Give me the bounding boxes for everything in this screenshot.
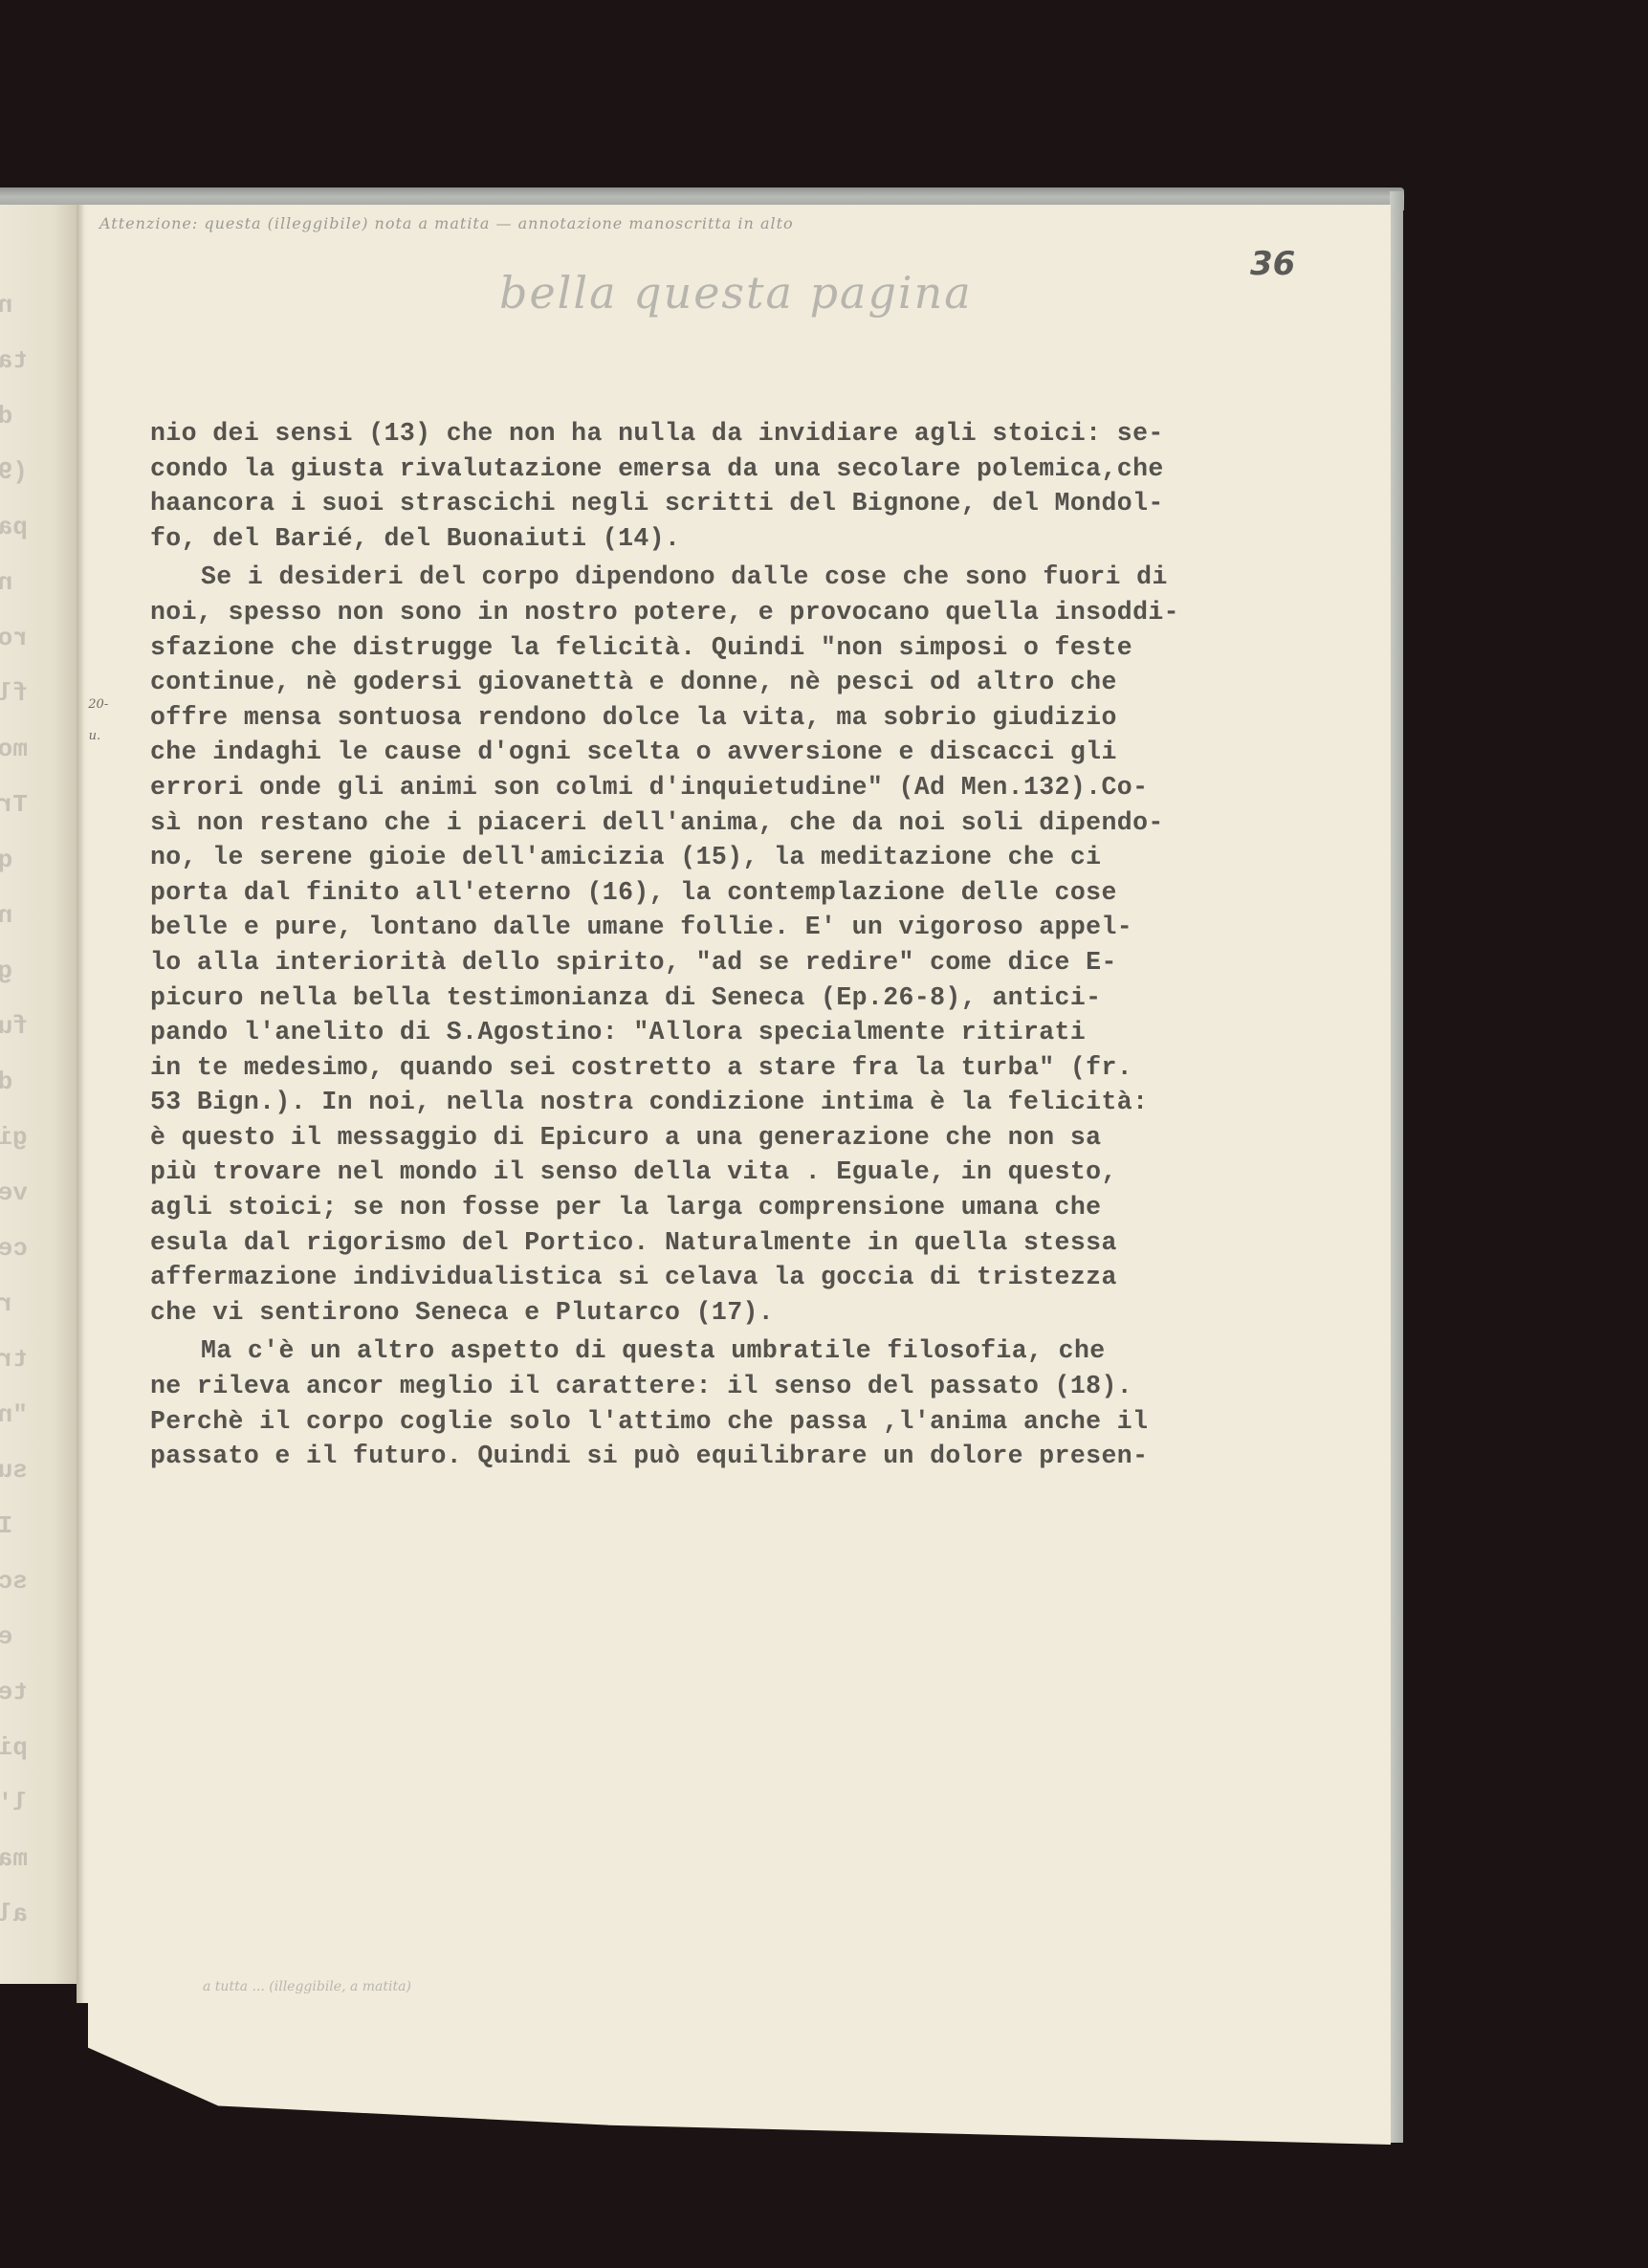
- typed-line: più trovare nel mondo il senso della vit…: [150, 1155, 1413, 1190]
- typed-line: esula dal rigorismo del Portico. Natural…: [150, 1225, 1413, 1261]
- typed-line: noi, spesso non sono in nostro potere, e…: [150, 595, 1413, 630]
- typed-line: lo alla interiorità dello spirito, "ad s…: [150, 945, 1413, 980]
- bleed-through-text: (9): [0, 457, 69, 486]
- typed-line: è questo il messaggio di Epicuro a una g…: [150, 1120, 1413, 1156]
- bleed-through-text: "no: [0, 1400, 69, 1429]
- typed-line: errori onde gli animi son colmi d'inquie…: [150, 770, 1413, 805]
- bleed-through-text: cen: [0, 1234, 69, 1263]
- typed-line: ne rileva ancor meglio il carattere: il …: [150, 1369, 1413, 1404]
- typed-line: nio dei sensi (13) che non ha nulla da i…: [150, 416, 1413, 451]
- typed-line: picuro nella bella testimonianza di Sene…: [150, 980, 1413, 1016]
- bleed-through-text: pio: [0, 1733, 69, 1762]
- typed-line: pando l'anelito di S.Agostino: "Allora s…: [150, 1015, 1413, 1050]
- typed-line: 53 Bign.). In noi, nella nostra condizio…: [150, 1085, 1413, 1120]
- binding-spine: [77, 205, 90, 2003]
- typed-line: che vi sentirono Seneca e Plutarco (17).: [150, 1295, 1413, 1331]
- bleed-through-text: tav: [0, 346, 69, 375]
- bleed-through-text: no: [0, 568, 69, 597]
- bleed-through-text: Tri: [0, 790, 69, 819]
- bleed-through-text: giu: [0, 1123, 69, 1152]
- typed-line: Se i desideri del corpo dipendono dalle …: [150, 560, 1413, 595]
- typed-line: condo la giusta rivalutazione emersa da …: [150, 451, 1413, 487]
- page-right-edge: [1390, 191, 1403, 2143]
- bleed-through-text: rol: [0, 624, 69, 652]
- typed-line: belle e pure, lontano dalle umane follie…: [150, 910, 1413, 945]
- typed-line: continue, nè godersi giovanettà e donne,…: [150, 665, 1413, 700]
- typed-line: passato e il futuro. Quindi si può equil…: [150, 1439, 1413, 1474]
- typed-line: sfazione che distrugge la felicità. Quin…: [150, 630, 1413, 666]
- bleed-through-text: pas: [0, 513, 69, 541]
- bleed-through-text: tri: [0, 1345, 69, 1374]
- bleed-through-text: ten: [0, 1678, 69, 1707]
- bleed-through-text: qu: [0, 846, 69, 874]
- bleed-through-text: In: [0, 1511, 69, 1540]
- typed-line: che indaghi le cause d'ogni scelta o avv…: [150, 735, 1413, 770]
- typewritten-page: Attenzione: questa (illeggibile) nota a …: [88, 205, 1391, 2145]
- typed-line: sì non restano che i piaceri dell'anima,…: [150, 805, 1413, 841]
- bleed-through-text: mal: [0, 1844, 69, 1873]
- typed-line: fo, del Barié, del Buonaiuti (14).: [150, 521, 1413, 557]
- bleed-through-text: ro: [0, 1289, 69, 1318]
- bleed-through-text: no: [0, 901, 69, 930]
- typed-line: Ma c'è un altro aspetto di questa umbrat…: [150, 1333, 1413, 1369]
- bleed-through-text: no: [0, 291, 69, 319]
- typed-text-body: nio dei sensi (13) che non ha nulla da i…: [150, 416, 1413, 1474]
- bleed-through-text: sci: [0, 1567, 69, 1596]
- handwritten-comment: bella questa pagina: [499, 267, 973, 319]
- bleed-through-text: mod: [0, 735, 69, 763]
- bleed-through-text: ful: [0, 1012, 69, 1041]
- handwritten-bottom-note: a tutta ... (illeggibile, a matita): [203, 1979, 411, 1994]
- typed-line: Perchè il corpo coglie solo l'attimo che…: [150, 1404, 1413, 1440]
- typed-line: no, le serene gioie dell'amicizia (15), …: [150, 840, 1413, 875]
- bleed-through-text: gu: [0, 957, 69, 985]
- typed-line: offre mensa sontuosa rendono dolce la vi…: [150, 700, 1413, 736]
- typed-line: haancora i suoi strascichi negli scritti…: [150, 486, 1413, 521]
- bleed-through-text: flo: [0, 679, 69, 708]
- bleed-through-text: sum: [0, 1456, 69, 1485]
- bleed-through-text: er: [0, 1622, 69, 1651]
- bleed-through-text: vev: [0, 1178, 69, 1207]
- typed-line: porta dal finito all'eterno (16), la con…: [150, 875, 1413, 911]
- bleed-through-text: di: [0, 402, 69, 430]
- typed-line: affermazione individualistica si celava …: [150, 1260, 1413, 1295]
- handwritten-top-note: Attenzione: questa (illeggibile) nota a …: [99, 214, 794, 232]
- typed-line: in te medesimo, quando sei costretto a s…: [150, 1050, 1413, 1086]
- page-number: 36: [1250, 245, 1295, 283]
- bleed-through-text: alo: [0, 1900, 69, 1928]
- bleed-through-text: de: [0, 1068, 69, 1096]
- typed-line: agli stoici; se non fosse per la larga c…: [150, 1190, 1413, 1225]
- previous-page-strip: notavdi(9)pasnorolflomodTriqunogufuldegi…: [0, 205, 77, 1984]
- bleed-through-text: l'e: [0, 1789, 69, 1817]
